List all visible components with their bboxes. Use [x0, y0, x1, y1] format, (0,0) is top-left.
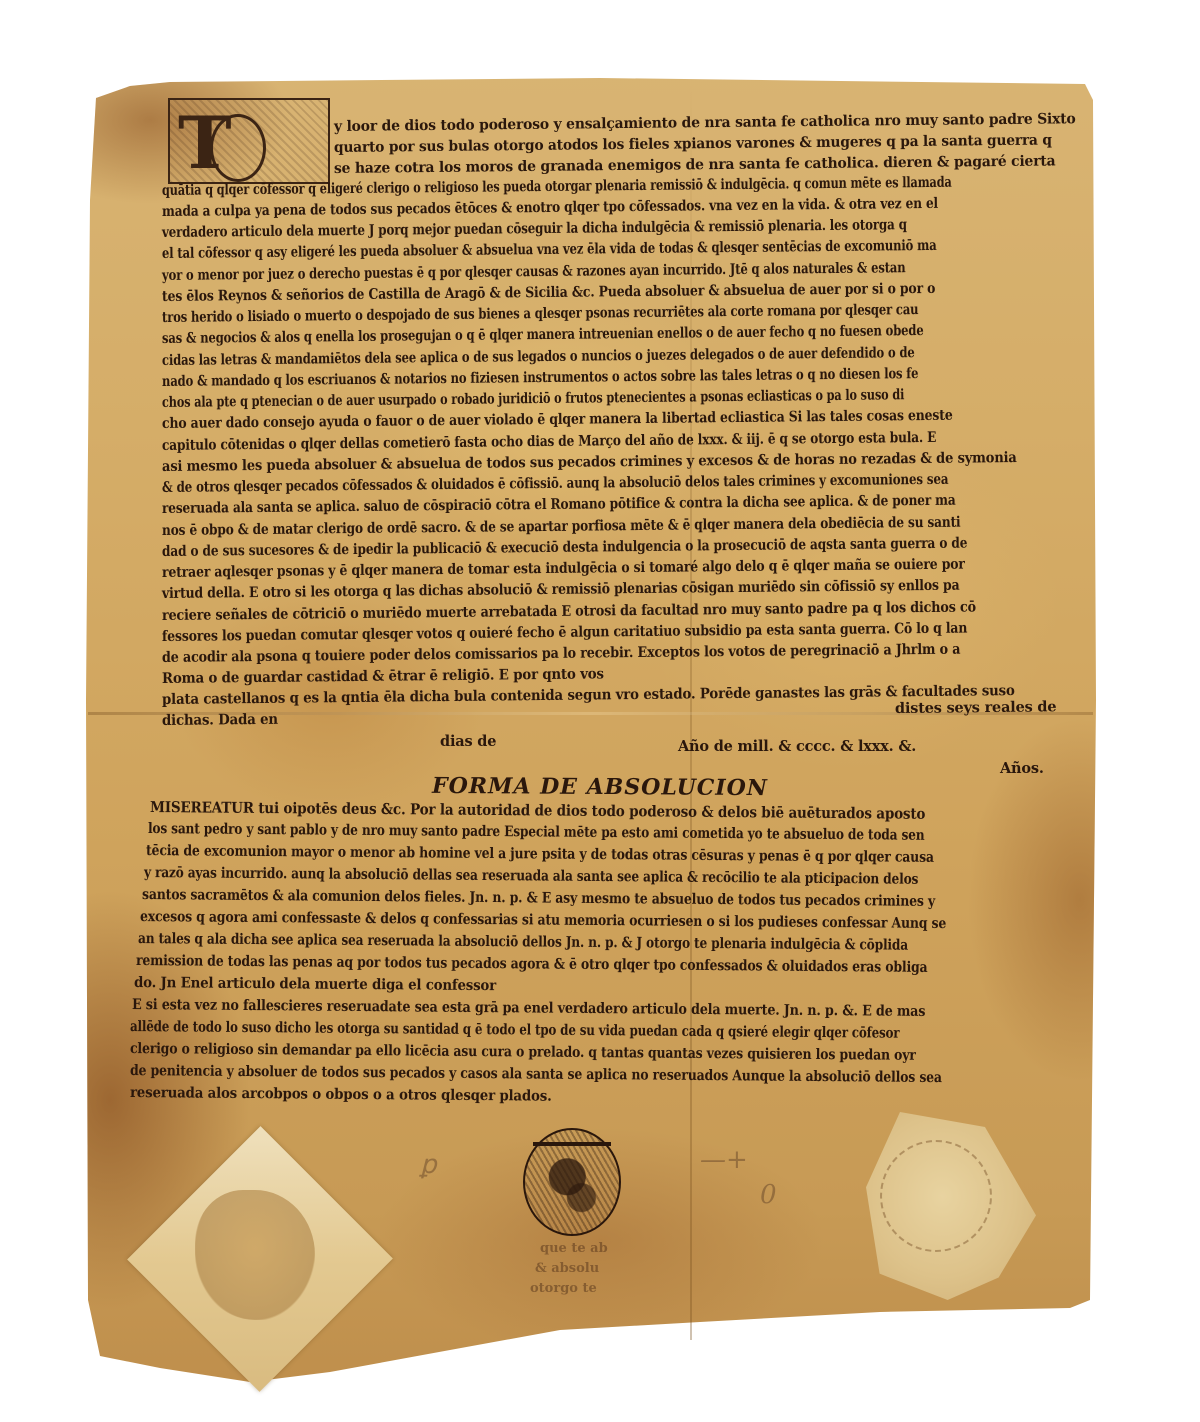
- handwritten-mark: —+: [700, 1145, 748, 1175]
- left-seal-wax-impression: [195, 1190, 315, 1320]
- parchment-document: T y loor de dios todo poderoso y ensalça…: [0, 0, 1200, 1422]
- absolution-heading: FORMA DE ABSOLUCION: [432, 773, 768, 801]
- date-years-word: Años.: [1000, 760, 1044, 778]
- faded-text-line: otorgo te: [530, 1280, 597, 1298]
- body-line: dichas. Dada en: [162, 711, 278, 730]
- payment-amount: distes seys reales de: [895, 698, 1057, 718]
- illuminated-initial: T: [168, 98, 330, 184]
- handwritten-mark: 0: [760, 1180, 777, 1210]
- initial-letter: T: [178, 104, 228, 182]
- cross-icon: [533, 1142, 611, 1146]
- faded-text-line: & absolu: [535, 1260, 599, 1278]
- absolution-line: do. Jn Enel articulo dela muerte diga el…: [134, 974, 496, 995]
- handwritten-mark: ꝑ: [420, 1150, 437, 1180]
- date-days-label: dias de: [440, 733, 496, 751]
- absolution-line: reseruada alos arcobpos o obpos o a otro…: [130, 1084, 552, 1106]
- faded-text-line: que te ab: [540, 1240, 608, 1258]
- date-year-label: Año de mill. & cccc. & lxxx. &.: [678, 738, 916, 756]
- right-seal-embossed-ring: [880, 1140, 992, 1252]
